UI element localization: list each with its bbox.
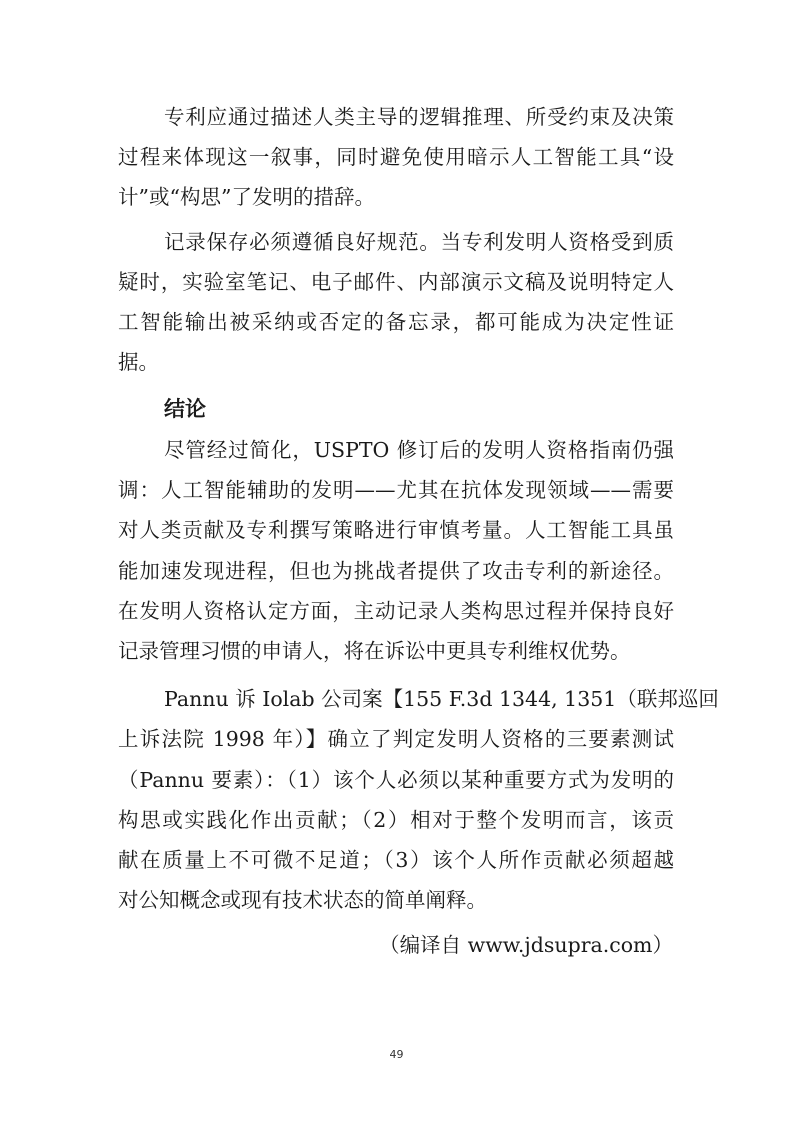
paragraph-4-line-5: 献在质量上不可微不足道；（3）该个人所作贡献必须超越: [118, 845, 674, 875]
paragraph-3-line-5: 在发明人资格认定方面，主动记录人类构思过程并保持良好: [118, 596, 674, 626]
paragraph-4-line-3: （Pannu 要素）：（1）该个人必须以某种重要方式为发明的: [118, 765, 674, 795]
paragraph-3-line-1: 尽管经过简化，USPTO 修订后的发明人资格指南仍强: [164, 435, 674, 465]
paragraph-4-line-2: 上诉法院 1998 年）】确立了判定发明人资格的三要素测试: [118, 724, 674, 754]
paragraph-3-line-2: 调：人工智能辅助的发明——尤其在抗体发现领域——需要: [118, 475, 674, 505]
paragraph-1-line-3: 计”或“构思”了发明的措辞。: [118, 182, 674, 212]
paragraph-2-line-2: 疑时，实验室笔记、电子邮件、内部演示文稿及说明特定人: [118, 267, 674, 297]
page-number: 49: [0, 1048, 793, 1061]
paragraph-2-line-1: 记录保存必须遵循良好规范。当专利发明人资格受到质: [164, 227, 674, 257]
paragraph-3-line-6: 记录管理习惯的申请人，将在诉讼中更具专利维权优势。: [118, 636, 674, 666]
paragraph-4-line-4: 构思或实践化作出贡献；（2）相对于整个发明而言，该贡: [118, 805, 674, 835]
paragraph-1-line-1: 专利应通过描述人类主导的逻辑推理、所受约束及决策: [164, 102, 674, 132]
source-attribution: （编译自 www.jdsupra.com）: [379, 930, 673, 960]
paragraph-4-line-6: 对公知概念或现有技术状态的简单阐释。: [118, 885, 674, 915]
paragraph-2-line-3: 工智能输出被采纳或否定的备忘录，都可能成为决定性证: [118, 307, 674, 337]
paragraph-3-line-4: 能加速发现进程，但也为挑战者提供了攻击专利的新途径。: [118, 556, 674, 586]
paragraph-2-line-4: 据。: [118, 347, 674, 377]
document-page: 专利应通过描述人类主导的逻辑推理、所受约束及决策 过程来体现这一叙事，同时避免使…: [0, 0, 793, 1122]
paragraph-4-line-1: Pannu 诉 Iolab 公司案【155 F.3d 1344, 1351（联邦…: [164, 684, 674, 714]
section-heading-conclusion: 结论: [164, 394, 206, 424]
paragraph-3-line-3: 对人类贡献及专利撰写策略进行审慎考量。人工智能工具虽: [118, 515, 674, 545]
paragraph-1-line-2: 过程来体现这一叙事，同时避免使用暗示人工智能工具“设: [118, 142, 674, 172]
